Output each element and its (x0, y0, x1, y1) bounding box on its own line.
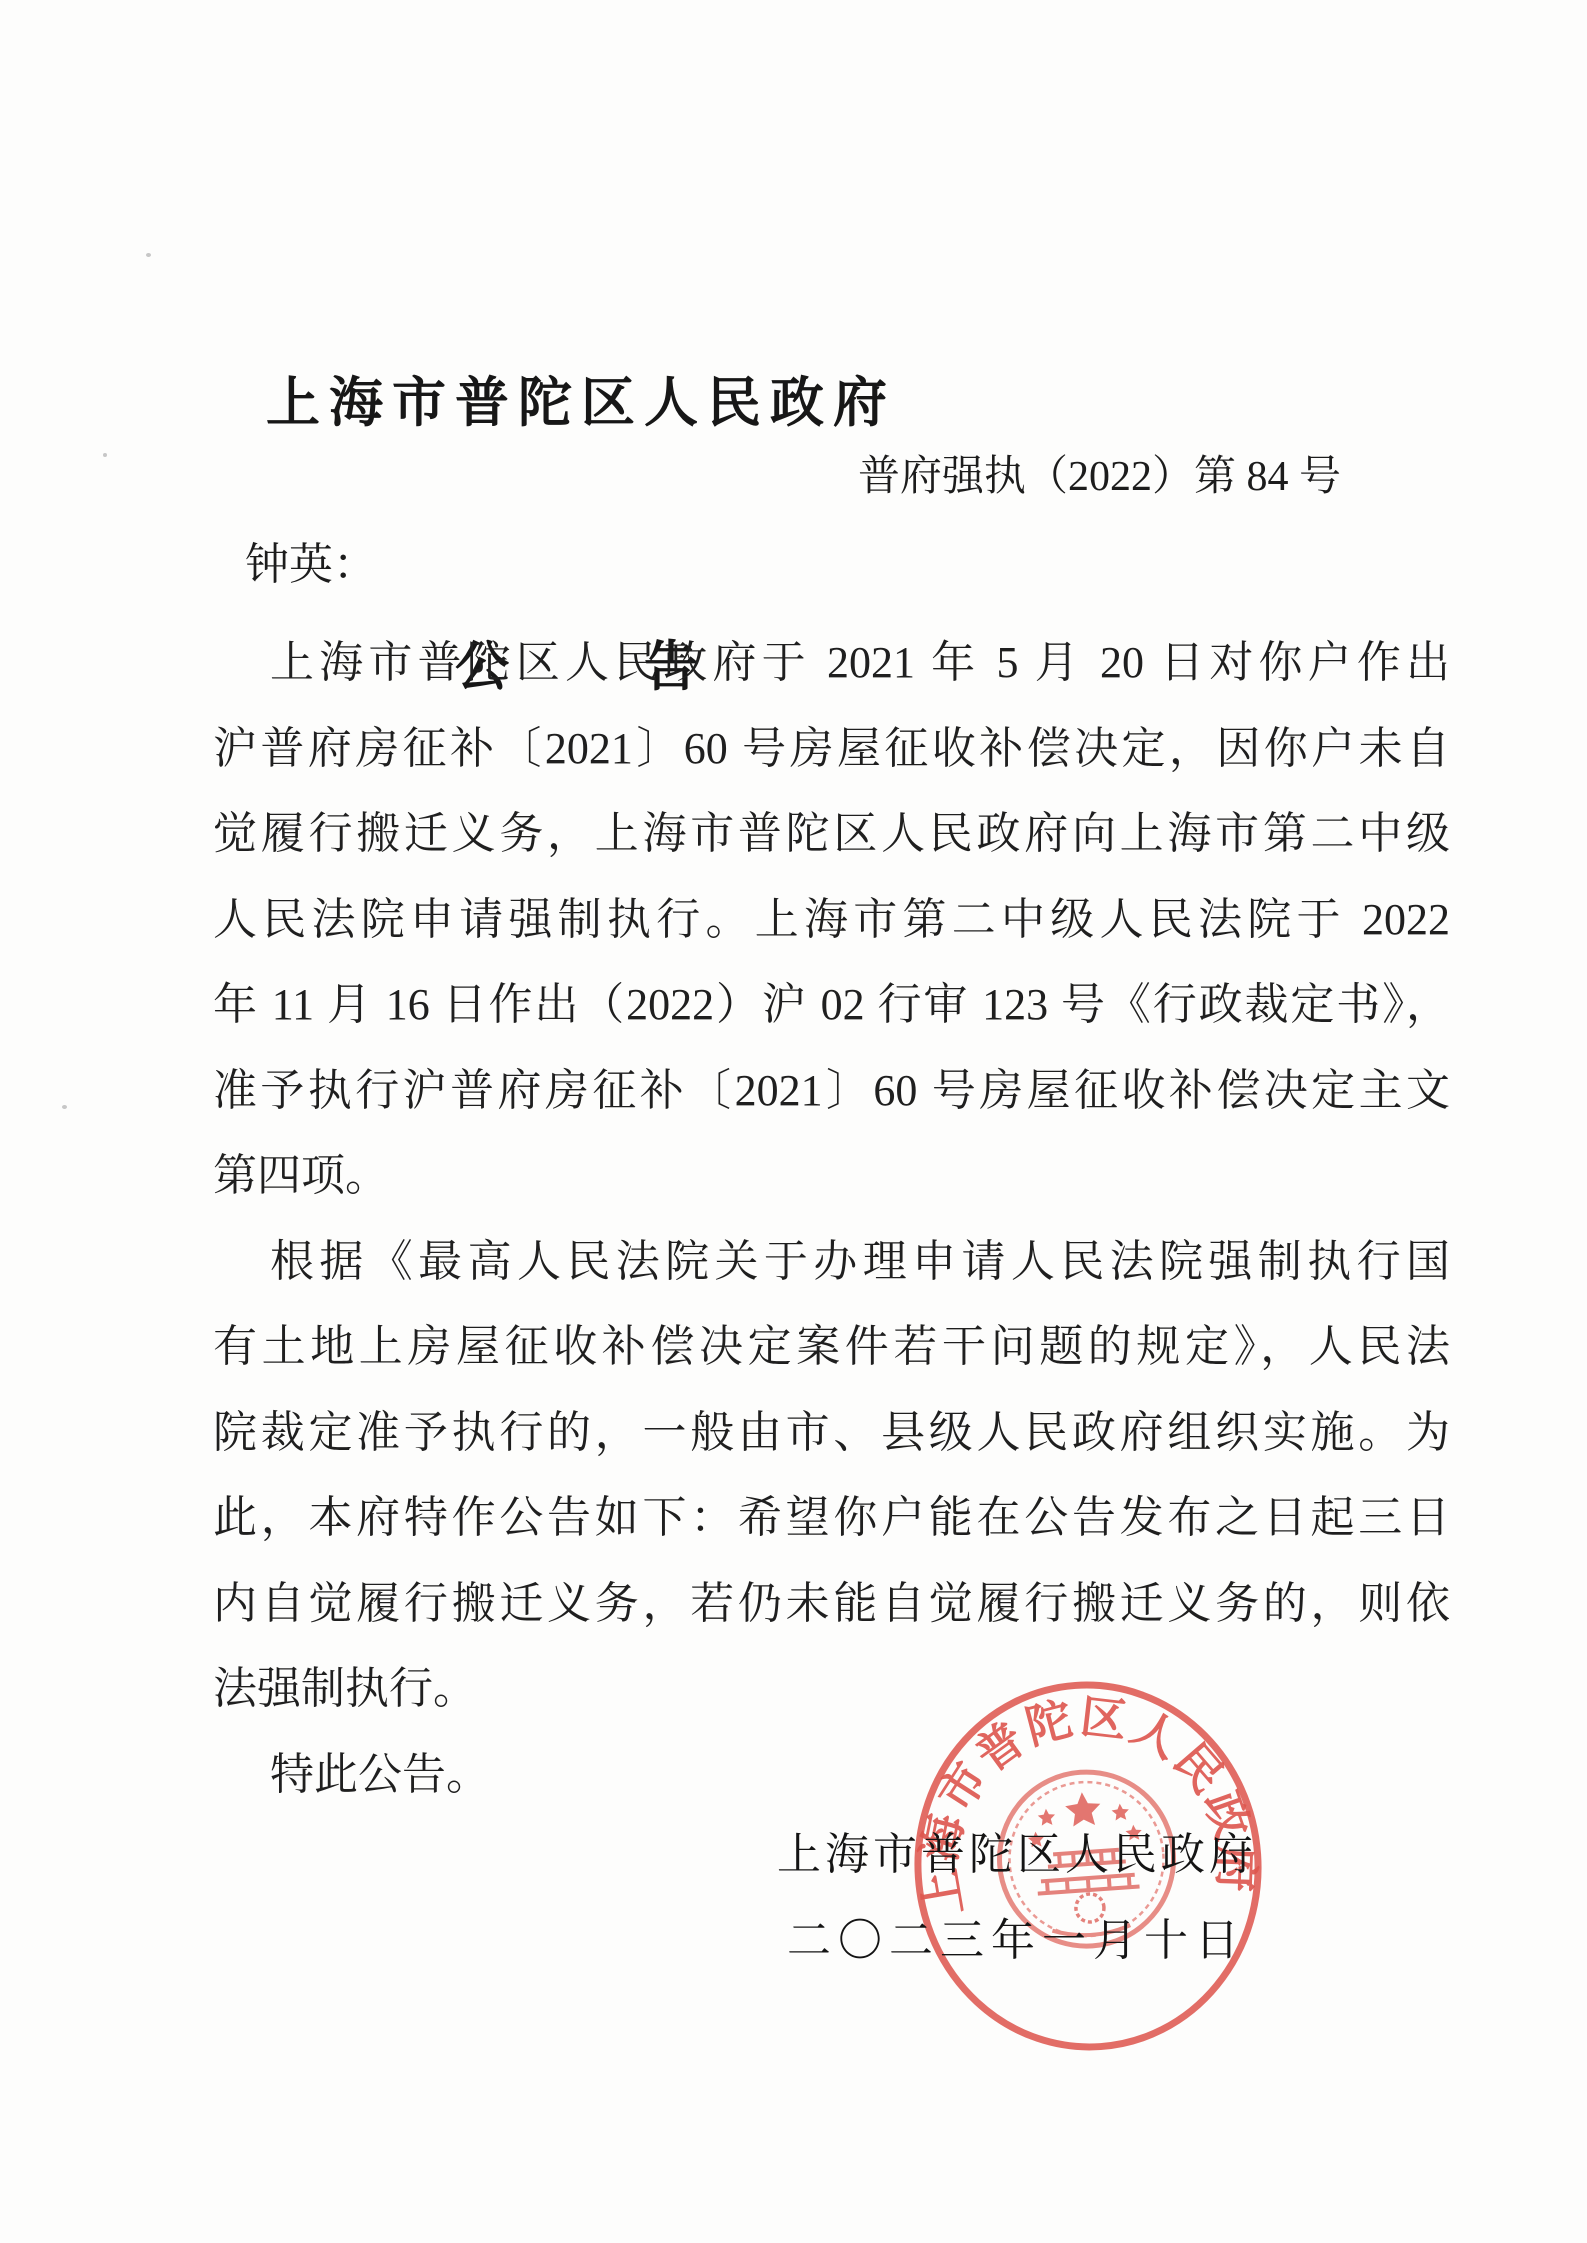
body-line: 内自觉履行搬迁义务，若仍未能自觉履行搬迁义务的，则依 (213, 1561, 1450, 1647)
body-line: 上海市普陀区人民政府于 2021 年 5 月 20 日对你户作出 (213, 620, 1450, 706)
body-line: 觉履行搬迁义务，上海市普陀区人民政府向上海市第二中级 (213, 791, 1450, 877)
body-line: 根据《最高人民法院关于办理申请人民法院强制执行国 (213, 1219, 1450, 1305)
issue-date: 二〇二三年一月十日 (787, 1898, 1246, 1984)
scan-speck (146, 253, 151, 257)
doc-number: 普府强执（2022）第 84 号 (858, 435, 1341, 520)
body-line: 院裁定准予执行的，一般由市、县级人民政府组织实施。为 (213, 1390, 1450, 1476)
body-line: 有土地上房屋征收补偿决定案件若干问题的规定》，人民法 (213, 1304, 1450, 1390)
body-line: 此，本府特作公告如下：希望你户能在公告发布之日起三日 (213, 1475, 1450, 1561)
body-line: 人民法院申请强制执行。上海市第二中级人民法院于 2022 (213, 877, 1450, 963)
official-notice-document: 上海市普陀区人民政府 (0, 0, 1587, 2243)
issuing-authority-title: 上海市普陀区人民政府 (170, 359, 992, 447)
issuer-signature: 上海市普陀区人民政府 (777, 1812, 1257, 1898)
scan-speck (62, 1105, 67, 1109)
body-line: 准予执行沪普府房征补〔2021〕60 号房屋征收补偿决定主文 (213, 1048, 1450, 1134)
notice-body: 上海市普陀区人民政府于 2021 年 5 月 20 日对你户作出 沪普府房征补〔… (213, 620, 1450, 1817)
addressee: 钟英： (245, 522, 377, 607)
scan-speck (103, 453, 107, 457)
body-line: 沪普府房征补〔2021〕60 号房屋征收补偿决定，因你户未自 (213, 706, 1450, 792)
body-line: 第四项。 (213, 1133, 1450, 1219)
body-line: 年 11 月 16 日作出（2022）沪 02 行审 123 号《行政裁定书》， (213, 962, 1450, 1048)
